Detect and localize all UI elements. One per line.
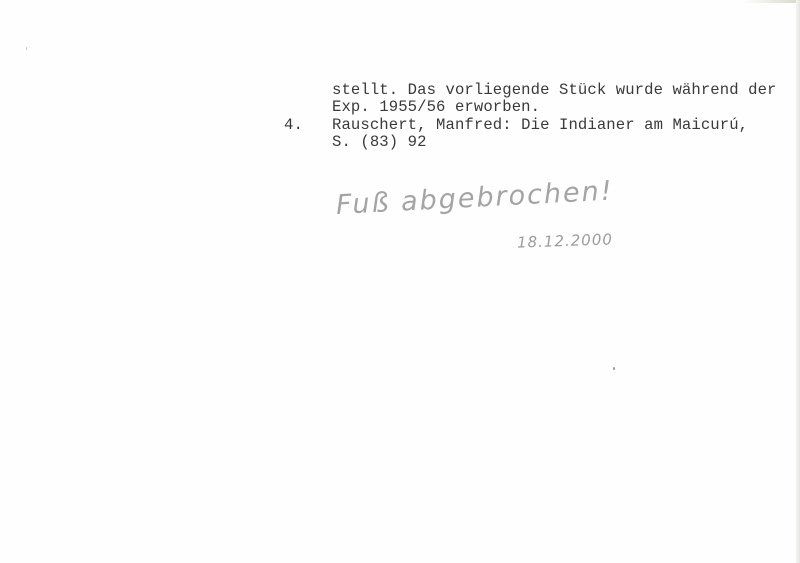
typed-line-reference: Rauschert, Manfred: Die Indianer am Maic… xyxy=(332,117,748,134)
typed-line-page-ref: S. (83) 92 xyxy=(332,134,427,151)
typed-line-acquisition: Exp. 1955/56 erworben. xyxy=(332,99,540,116)
paper-edge-top xyxy=(740,0,800,3)
handwritten-note: Fuß abgebrochen! xyxy=(335,175,614,220)
handwritten-date: 18.12.2000 xyxy=(517,230,613,251)
paper-speck xyxy=(26,47,27,50)
paper-speck xyxy=(613,367,615,370)
list-number: 4. xyxy=(284,117,303,134)
paper-edge-right xyxy=(796,0,800,563)
typed-line-continuation: stellt. Das vorliegende Stück wurde währ… xyxy=(332,82,777,99)
document-page: stellt. Das vorliegende Stück wurde währ… xyxy=(0,0,800,563)
